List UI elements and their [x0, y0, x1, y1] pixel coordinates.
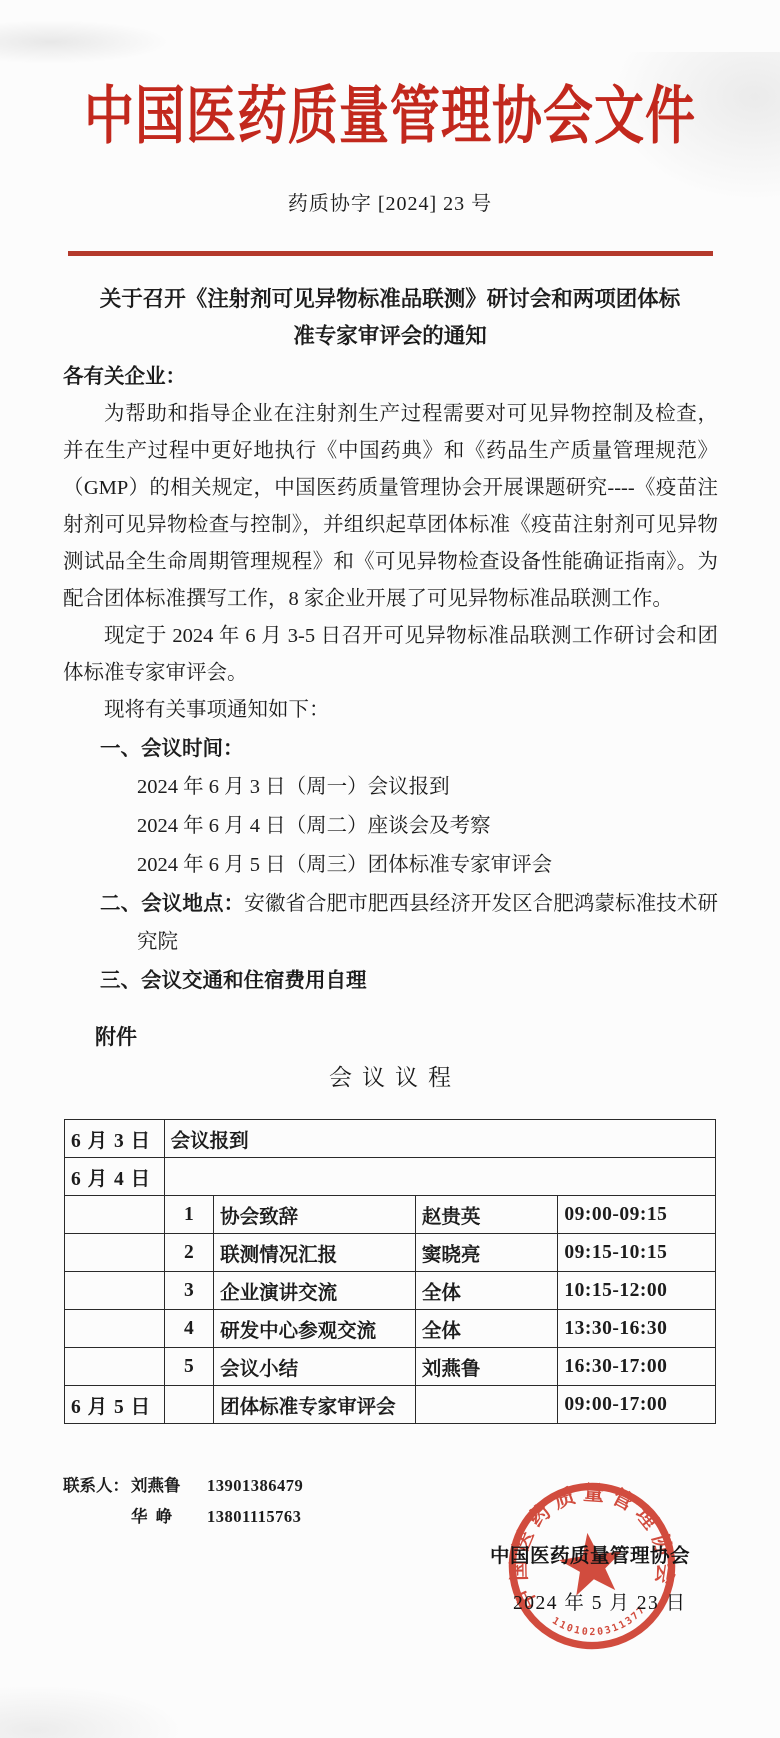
cell-activity [164, 1158, 715, 1196]
contact-name: 刘燕鲁 [131, 1470, 207, 1501]
cell-date [65, 1234, 165, 1272]
cell-date: 6 月 4 日 [65, 1158, 165, 1196]
cell-person: 刘燕鲁 [415, 1348, 558, 1386]
cell-activity: 企业演讲交流 [214, 1272, 416, 1310]
body-paragraph-1: 为帮助和指导企业在注射剂生产过程需要对可见异物控制及检查，并在生产过程中更好地执… [63, 396, 718, 618]
cell-number: 3 [164, 1272, 213, 1310]
cell-number: 4 [164, 1310, 213, 1348]
cell-date: 6 月 3 日 [65, 1120, 165, 1158]
cell-number: 1 [164, 1196, 213, 1234]
cell-date [65, 1272, 165, 1310]
section-1-heading: 一、会议时间： [100, 729, 718, 768]
document-page: 中国医药质量管理协会文件 药质协字 [2024] 23 号 关于召开《注射剂可见… [0, 0, 780, 1738]
notice-title: 关于召开《注射剂可见异物标准品联测》研讨会和两项团体标 准专家审评会的通知 [70, 281, 710, 355]
body-paragraph-3: 现将有关事项通知如下： [63, 692, 718, 729]
cell-person: 全体 [415, 1272, 558, 1310]
cell-activity: 会议小结 [214, 1348, 416, 1386]
cell-activity: 协会致辞 [214, 1196, 416, 1234]
org-header-title: 中国医药质量管理协会文件 [10, 76, 770, 157]
table-row: 6 月 3 日 会议报到 [65, 1120, 716, 1158]
signature-date: 2024 年 5 月 23 日 [513, 1587, 687, 1615]
cell-date [65, 1310, 165, 1348]
contact-name: 华 峥 [131, 1501, 207, 1532]
table-row: 2 联测情况汇报 窦晓亮 09:15-10:15 [65, 1234, 716, 1272]
section-2-line: 二、会议地点：安徽省合肥市肥西县经济开发区合肥鸿蒙标准技术研究院 [137, 885, 718, 961]
body-paragraph-2: 现定于 2024 年 6 月 3-5 日召开可见异物标准品联测工作研讨会和团体标… [63, 618, 718, 692]
section-2-heading: 二、会议地点： [100, 892, 244, 915]
table-row: 6 月 5 日 团体标准专家审评会 09:00-17:00 [65, 1386, 716, 1424]
attachment-label: 附件 [95, 1021, 780, 1055]
notice-title-line1: 关于召开《注射剂可见异物标准品联测》研讨会和两项团体标 [70, 281, 710, 318]
cell-number [164, 1386, 213, 1424]
signature-org-name: 中国医药质量管理协会 [490, 1540, 690, 1568]
cell-activity: 研发中心参观交流 [214, 1310, 416, 1348]
doc-number: 药质协字 [2024] 23 号 [0, 190, 780, 218]
table-row: 3 企业演讲交流 全体 10:15-12:00 [65, 1272, 716, 1310]
cell-activity: 联测情况汇报 [214, 1234, 416, 1272]
cell-person: 窦晓亮 [415, 1234, 558, 1272]
cell-date: 6 月 5 日 [65, 1386, 165, 1424]
cell-number: 5 [164, 1348, 213, 1386]
cell-number: 2 [164, 1234, 213, 1272]
cell-time: 10:15-12:00 [558, 1272, 716, 1310]
scan-artifact [0, 1686, 180, 1738]
agenda-title: 会议议程 [0, 1060, 780, 1096]
salutation: 各有关企业： [63, 358, 718, 396]
table-row: 6 月 4 日 [65, 1158, 716, 1196]
table-row: 1 协会致辞 赵贵英 09:00-09:15 [65, 1196, 716, 1234]
cell-date [65, 1196, 165, 1234]
scan-artifact [0, 20, 170, 64]
cell-time: 13:30-16:30 [558, 1310, 716, 1348]
cell-time: 09:00-09:15 [558, 1196, 716, 1234]
cell-person: 全体 [415, 1310, 558, 1348]
cell-person [415, 1386, 558, 1424]
cell-time: 16:30-17:00 [558, 1348, 716, 1386]
schedule-line-3: 2024 年 6 月 5 日（周三）团体标准专家审评会 [137, 846, 718, 885]
contacts-label: 联系人： [63, 1470, 131, 1501]
cell-time: 09:00-17:00 [558, 1386, 716, 1424]
table-row: 5 会议小结 刘燕鲁 16:30-17:00 [65, 1348, 716, 1386]
cell-person: 赵贵英 [415, 1196, 558, 1234]
contacts-label-spacer [63, 1501, 131, 1532]
cell-activity: 团体标准专家审评会 [214, 1386, 416, 1424]
red-divider-rule [68, 251, 713, 256]
schedule-line-1: 2024 年 6 月 3 日（周一）会议报到 [137, 768, 718, 807]
cell-date [65, 1348, 165, 1386]
cell-activity: 会议报到 [164, 1120, 715, 1158]
notice-title-line2: 准专家审评会的通知 [70, 318, 710, 355]
cell-time: 09:15-10:15 [558, 1234, 716, 1272]
agenda-table: 6 月 3 日 会议报到 6 月 4 日 1 协会致辞 赵贵英 09:00-09… [64, 1119, 716, 1424]
section-3-heading: 三、会议交通和住宿费用自理 [100, 961, 718, 1000]
schedule-line-2: 2024 年 6 月 4 日（周二）座谈会及考察 [137, 807, 718, 846]
table-row: 4 研发中心参观交流 全体 13:30-16:30 [65, 1310, 716, 1348]
contact-phone: 13901386479 [207, 1470, 303, 1501]
contact-phone: 13801115763 [207, 1501, 301, 1532]
